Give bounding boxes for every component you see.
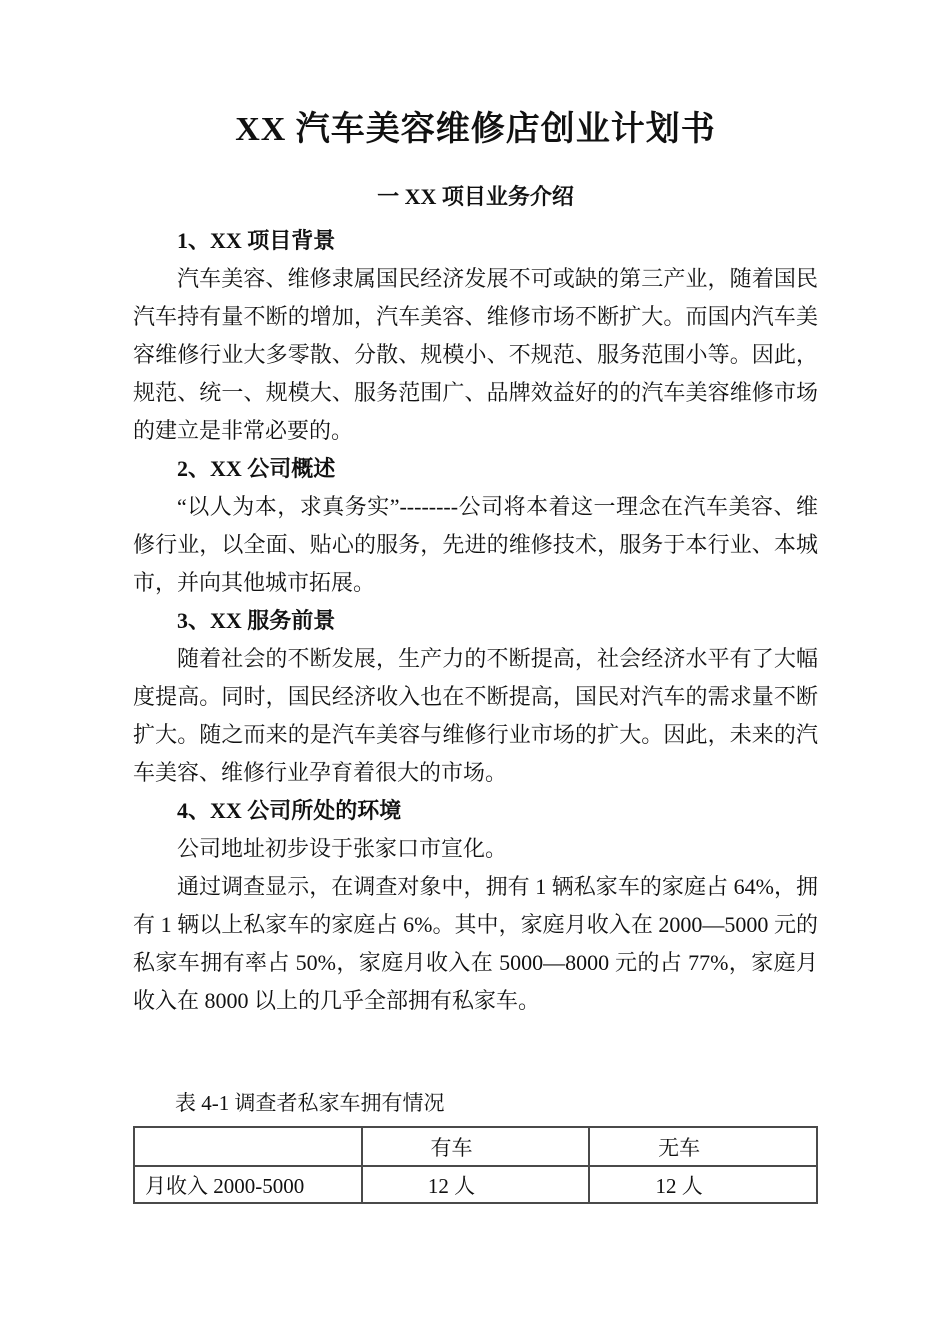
paragraph: 通过调查显示，在调查对象中，拥有 1 辆私家车的家庭占 64%，拥有 1 辆以上… (133, 868, 818, 1020)
section-company-environment: 4、XX 公司所处的环境 公司地址初步设于张家口市宣化。 通过调查显示，在调查对… (133, 792, 818, 1020)
paragraph: “以人为本，求真务实”--------公司将本着这一理念在汽车美容、维修行业，以… (133, 488, 818, 602)
section-heading-2: 2、XX 公司概述 (133, 450, 818, 488)
table-cell-has-car-count: 12 人 (362, 1166, 590, 1203)
table-caption: 表 4-1 调查者私家车拥有情况 (133, 1088, 818, 1118)
section-project-background: 1、XX 项目背景 汽车美容、维修隶属国民经济发展不可或缺的第三产业，随着国民汽… (133, 222, 818, 450)
table-cell-no-car-count: 12 人 (589, 1166, 817, 1203)
document-subtitle: 一 XX 项目业务介绍 (133, 182, 818, 212)
section-heading-4: 4、XX 公司所处的环境 (133, 792, 818, 830)
section-company-overview: 2、XX 公司概述 “以人为本，求真务实”--------公司将本着这一理念在汽… (133, 450, 818, 602)
table-header-cell-empty (134, 1127, 362, 1166)
section-heading-1: 1、XX 项目背景 (133, 222, 818, 260)
car-ownership-table: 有车 无车 月收入 2000-5000 12 人 12 人 (133, 1126, 818, 1204)
paragraph: 公司地址初步设于张家口市宣化。 (133, 830, 818, 868)
paragraph: 随着社会的不断发展，生产力的不断提高，社会经济水平有了大幅度提高。同时，国民经济… (133, 640, 818, 792)
section-heading-3: 3、XX 服务前景 (133, 602, 818, 640)
paragraph: 汽车美容、维修隶属国民经济发展不可或缺的第三产业，随着国民汽车持有量不断的增加，… (133, 260, 818, 450)
section-service-prospects: 3、XX 服务前景 随着社会的不断发展，生产力的不断提高，社会经济水平有了大幅度… (133, 602, 818, 792)
document-title: XX 汽车美容维修店创业计划书 (133, 106, 818, 154)
table-header-row: 有车 无车 (134, 1127, 817, 1166)
document-page: XX 汽车美容维修店创业计划书 一 XX 项目业务介绍 1、XX 项目背景 汽车… (0, 0, 950, 1344)
table-header-cell-has-car: 有车 (362, 1127, 590, 1166)
table-cell-income-range: 月收入 2000-5000 (134, 1166, 362, 1203)
table-row: 月收入 2000-5000 12 人 12 人 (134, 1166, 817, 1203)
table-header-cell-no-car: 无车 (589, 1127, 817, 1166)
